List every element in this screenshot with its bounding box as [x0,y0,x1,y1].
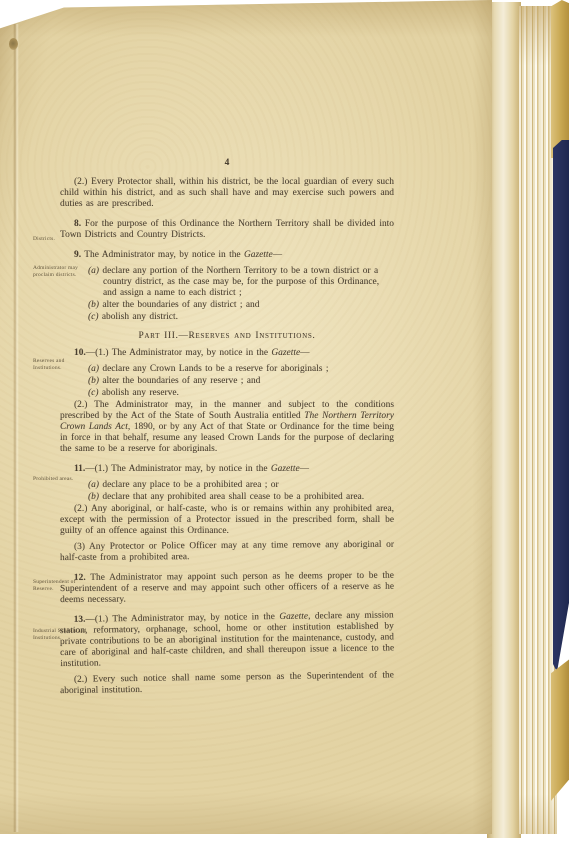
section-8-districts: 8. For the purpose of this Ordinance the… [60,219,394,241]
section-10-item-c: (c) abolish any reserve. [60,388,394,399]
section-11-paragraph-3: (3) Any Protector or Police Officer may … [60,540,394,564]
section-10-paragraph-2: (2.) The Administrator may, in the manne… [60,400,394,455]
section-11-paragraph-2: (2.) Any aboriginal, or half-caste, who … [60,504,394,537]
section-11-item-b: (b) declare that any prohibited area sha… [60,492,394,503]
section-11-intro: 11.—(1.) The Administrator may, by notic… [60,464,394,475]
paragraph-protector-guardian: (2.) Every Protector shall, within his d… [60,177,394,210]
section-9-intro: 9. The Administrator may, by notice in t… [60,250,394,261]
section-12-superintendent: 12. The Administrator may appoint such p… [60,571,394,606]
section-9-item-b: (b) alter the boundaries of any district… [60,300,394,311]
book-cover-navy-spine [553,140,569,672]
part-iii-heading: Part III.—Reserves and Institutions. [60,331,394,342]
underlying-page-edge [487,2,521,838]
book-cover-top-corner [551,0,569,158]
section-13-paragraph-1: 13.—(1.) The Administrator may, by notic… [60,610,395,670]
section-10-item-a: (a) declare any Crown Lands to be a rese… [60,364,394,375]
section-10-item-b: (b) alter the boundaries of any reserve … [60,376,394,387]
page-hole-mark [9,38,18,50]
section-9-item-c: (c) abolish any district. [60,312,394,323]
section-10-intro: 10.—(1.) The Administrator may, by notic… [60,348,394,359]
photograph-of-open-book: Districts. Administrator may proclaim di… [0,0,569,842]
book-cover-bottom-corner [551,655,569,807]
page-number: 4 [60,158,394,169]
section-11-item-a: (a) declare any place to be a prohibited… [60,480,394,491]
section-9-item-a: (a) declare any portion of the Northern … [60,266,394,299]
page-text-column: 4 (2.) Every Protector shall, within his… [60,158,394,702]
page-fold-line [13,24,19,832]
section-13-paragraph-2: (2.) Every such notice shall name some p… [60,670,394,697]
